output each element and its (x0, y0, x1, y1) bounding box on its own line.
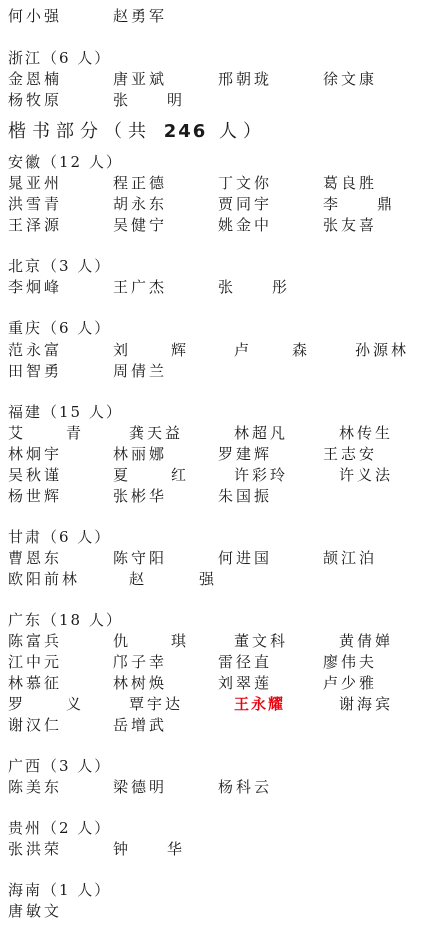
name: 胡永东 (113, 194, 167, 215)
name: 覃宇达 (129, 694, 183, 715)
name: 卢 森 (234, 340, 321, 361)
name: 王泽源 (8, 215, 62, 236)
name-row: 罗 义 覃宇达 王永耀 谢海宾 (0, 694, 436, 715)
province-heading-anhui: 安徽（12 人） (0, 152, 436, 173)
name: 张友喜 (323, 215, 377, 236)
name: 欧阳前林 (8, 569, 80, 590)
name-row: 杨牧原 张 明 (0, 90, 436, 111)
name-row: 谢汉仁 岳增武 (0, 715, 436, 736)
heading-text: 重庆（6 人） (8, 318, 111, 339)
name: 卢少雅 (323, 673, 377, 694)
name: 晁亚州 (8, 173, 62, 194)
name-row: 王泽源 吴健宁 姚金中 张友喜 (0, 215, 436, 236)
name-row: 吴秋谨 夏 红 许彩玲 许义法 (0, 465, 436, 486)
heading-text: 海南（1 人） (8, 880, 111, 901)
name: 岳增武 (113, 715, 167, 736)
name: 仇 琪 (113, 631, 200, 652)
province-heading-beijing: 北京（3 人） (0, 256, 436, 277)
name: 陈守阳 (113, 548, 167, 569)
name: 林慕征 (8, 673, 62, 694)
name: 龚天益 (129, 423, 183, 444)
name: 夏 红 (113, 465, 200, 486)
section-title-prefix: 楷书部分（共 (8, 121, 152, 142)
name: 赵勇军 (113, 6, 167, 27)
name-row: 陈富兵 仇 琪 董文科 黄倩婵 (0, 631, 436, 652)
highlighted-name: 王永耀 (234, 694, 285, 715)
name: 金恩楠 (8, 69, 62, 90)
name: 邢朝珑 (218, 69, 272, 90)
province-heading-fujian: 福建（15 人） (0, 402, 436, 423)
name-row: 金恩楠 唐亚斌 邢朝珑 徐文康 (0, 69, 436, 90)
name: 李炯峰 (8, 277, 62, 298)
name: 孙源林 (355, 340, 409, 361)
name: 何进国 (218, 548, 272, 569)
name: 谢海宾 (339, 694, 393, 715)
name: 唐敏文 (8, 901, 62, 922)
name: 赵 强 (129, 569, 234, 590)
name-row: 洪雪青 胡永东 贾同宇 李 鼎 (0, 194, 436, 215)
section-total-count: 246 (164, 121, 208, 142)
heading-text: 浙江（6 人） (8, 48, 111, 69)
name: 杨世辉 (8, 486, 62, 507)
name: 黄倩婵 (339, 631, 393, 652)
name: 曹恩东 (8, 548, 62, 569)
name: 贾同宇 (218, 194, 272, 215)
name: 钟 华 (113, 839, 194, 860)
name: 廖伟夫 (323, 652, 377, 673)
heading-text: 甘肃（6 人） (8, 527, 111, 548)
name-row: 艾 青 龚天益 林超凡 林传生 (0, 423, 436, 444)
name: 杨科云 (218, 777, 272, 798)
name-row: 张洪荣 钟 华 (0, 839, 436, 860)
heading-text: 北京（3 人） (8, 256, 111, 277)
name: 杨牧原 (8, 90, 62, 111)
name: 唐亚斌 (113, 69, 167, 90)
province-heading-hainan: 海南（1 人） (0, 880, 436, 901)
name: 葛良胜 (323, 173, 377, 194)
name: 刘翠莲 (218, 673, 272, 694)
province-heading-gansu: 甘肃（6 人） (0, 527, 436, 548)
heading-text: 安徽（12 人） (8, 152, 123, 173)
name-row: 江中元 邝子幸 雷径直 廖伟夫 (0, 652, 436, 673)
name: 洪雪青 (8, 194, 62, 215)
name-row: 林炯宇 林丽娜 罗建辉 王志安 (0, 444, 436, 465)
province-heading-zhejiang: 浙江（6 人） (0, 48, 436, 69)
name: 朱国振 (218, 486, 272, 507)
name: 张洪荣 (8, 839, 62, 860)
name-row: 田智勇 周倩兰 (0, 361, 436, 382)
name: 陈富兵 (8, 631, 62, 652)
name: 谢汉仁 (8, 715, 62, 736)
name: 林传生 (339, 423, 393, 444)
name-row: 林慕征 林树焕 刘翠莲 卢少雅 (0, 673, 436, 694)
name: 张 明 (113, 90, 194, 111)
province-heading-chongqing: 重庆（6 人） (0, 318, 436, 339)
name: 颉江泊 (323, 548, 377, 569)
name: 丁文你 (218, 173, 272, 194)
name: 田智勇 (8, 361, 62, 382)
name: 林炯宇 (8, 444, 62, 465)
name-row: 何小强 赵勇军 (0, 6, 436, 27)
name: 王志安 (323, 444, 377, 465)
name: 刘 辉 (113, 340, 200, 361)
name: 程正德 (113, 173, 167, 194)
name: 姚金中 (218, 215, 272, 236)
heading-text: 贵州（2 人） (8, 818, 111, 839)
name: 林超凡 (234, 423, 288, 444)
name: 许彩玲 (234, 465, 288, 486)
name: 雷径直 (218, 652, 272, 673)
name: 张 彤 (218, 277, 299, 298)
province-heading-guizhou: 贵州（2 人） (0, 818, 436, 839)
section-title-suffix: 人） (219, 121, 267, 142)
name: 罗 义 (8, 694, 95, 715)
heading-text: 广东（18 人） (8, 610, 123, 631)
name: 艾 青 (8, 423, 95, 444)
name-row: 唐敏文 (0, 901, 436, 922)
name: 吴秋谨 (8, 465, 62, 486)
name-row: 陈美东 梁德明 杨科云 (0, 777, 436, 798)
name: 许义法 (339, 465, 393, 486)
heading-text: 福建（15 人） (8, 402, 123, 423)
name: 邝子幸 (113, 652, 167, 673)
name: 徐文康 (323, 69, 377, 90)
name-row: 范永富 刘 辉 卢 森 孙源林 (0, 340, 436, 361)
name: 张彬华 (113, 486, 167, 507)
name: 林树焕 (113, 673, 167, 694)
name-row: 欧阳前林 赵 强 (0, 569, 436, 590)
name: 罗建辉 (218, 444, 272, 465)
award-name-list-document: 何小强 赵勇军 浙江（6 人） 金恩楠 唐亚斌 邢朝珑 徐文康 杨牧原 张 明 … (0, 0, 436, 927)
name: 周倩兰 (113, 361, 167, 382)
name: 王广杰 (113, 277, 167, 298)
name: 范永富 (8, 340, 62, 361)
name-row: 曹恩东 陈守阳 何进国 颉江泊 (0, 548, 436, 569)
name: 李 鼎 (323, 194, 404, 215)
province-heading-guangdong: 广东（18 人） (0, 610, 436, 631)
name-row: 杨世辉 张彬华 朱国振 (0, 486, 436, 507)
name: 江中元 (8, 652, 62, 673)
name-row: 晁亚州 程正德 丁文你 葛良胜 (0, 173, 436, 194)
name: 董文科 (234, 631, 288, 652)
name: 林丽娜 (113, 444, 167, 465)
name-row: 李炯峰 王广杰 张 彤 (0, 277, 436, 298)
section-title-kaishu: 楷书部分（共 246 人） (8, 120, 267, 144)
name: 吴健宁 (113, 215, 167, 236)
name: 梁德明 (113, 777, 167, 798)
name: 何小强 (8, 6, 62, 27)
province-heading-guangxi: 广西（3 人） (0, 756, 436, 777)
name: 陈美东 (8, 777, 62, 798)
heading-text: 广西（3 人） (8, 756, 111, 777)
